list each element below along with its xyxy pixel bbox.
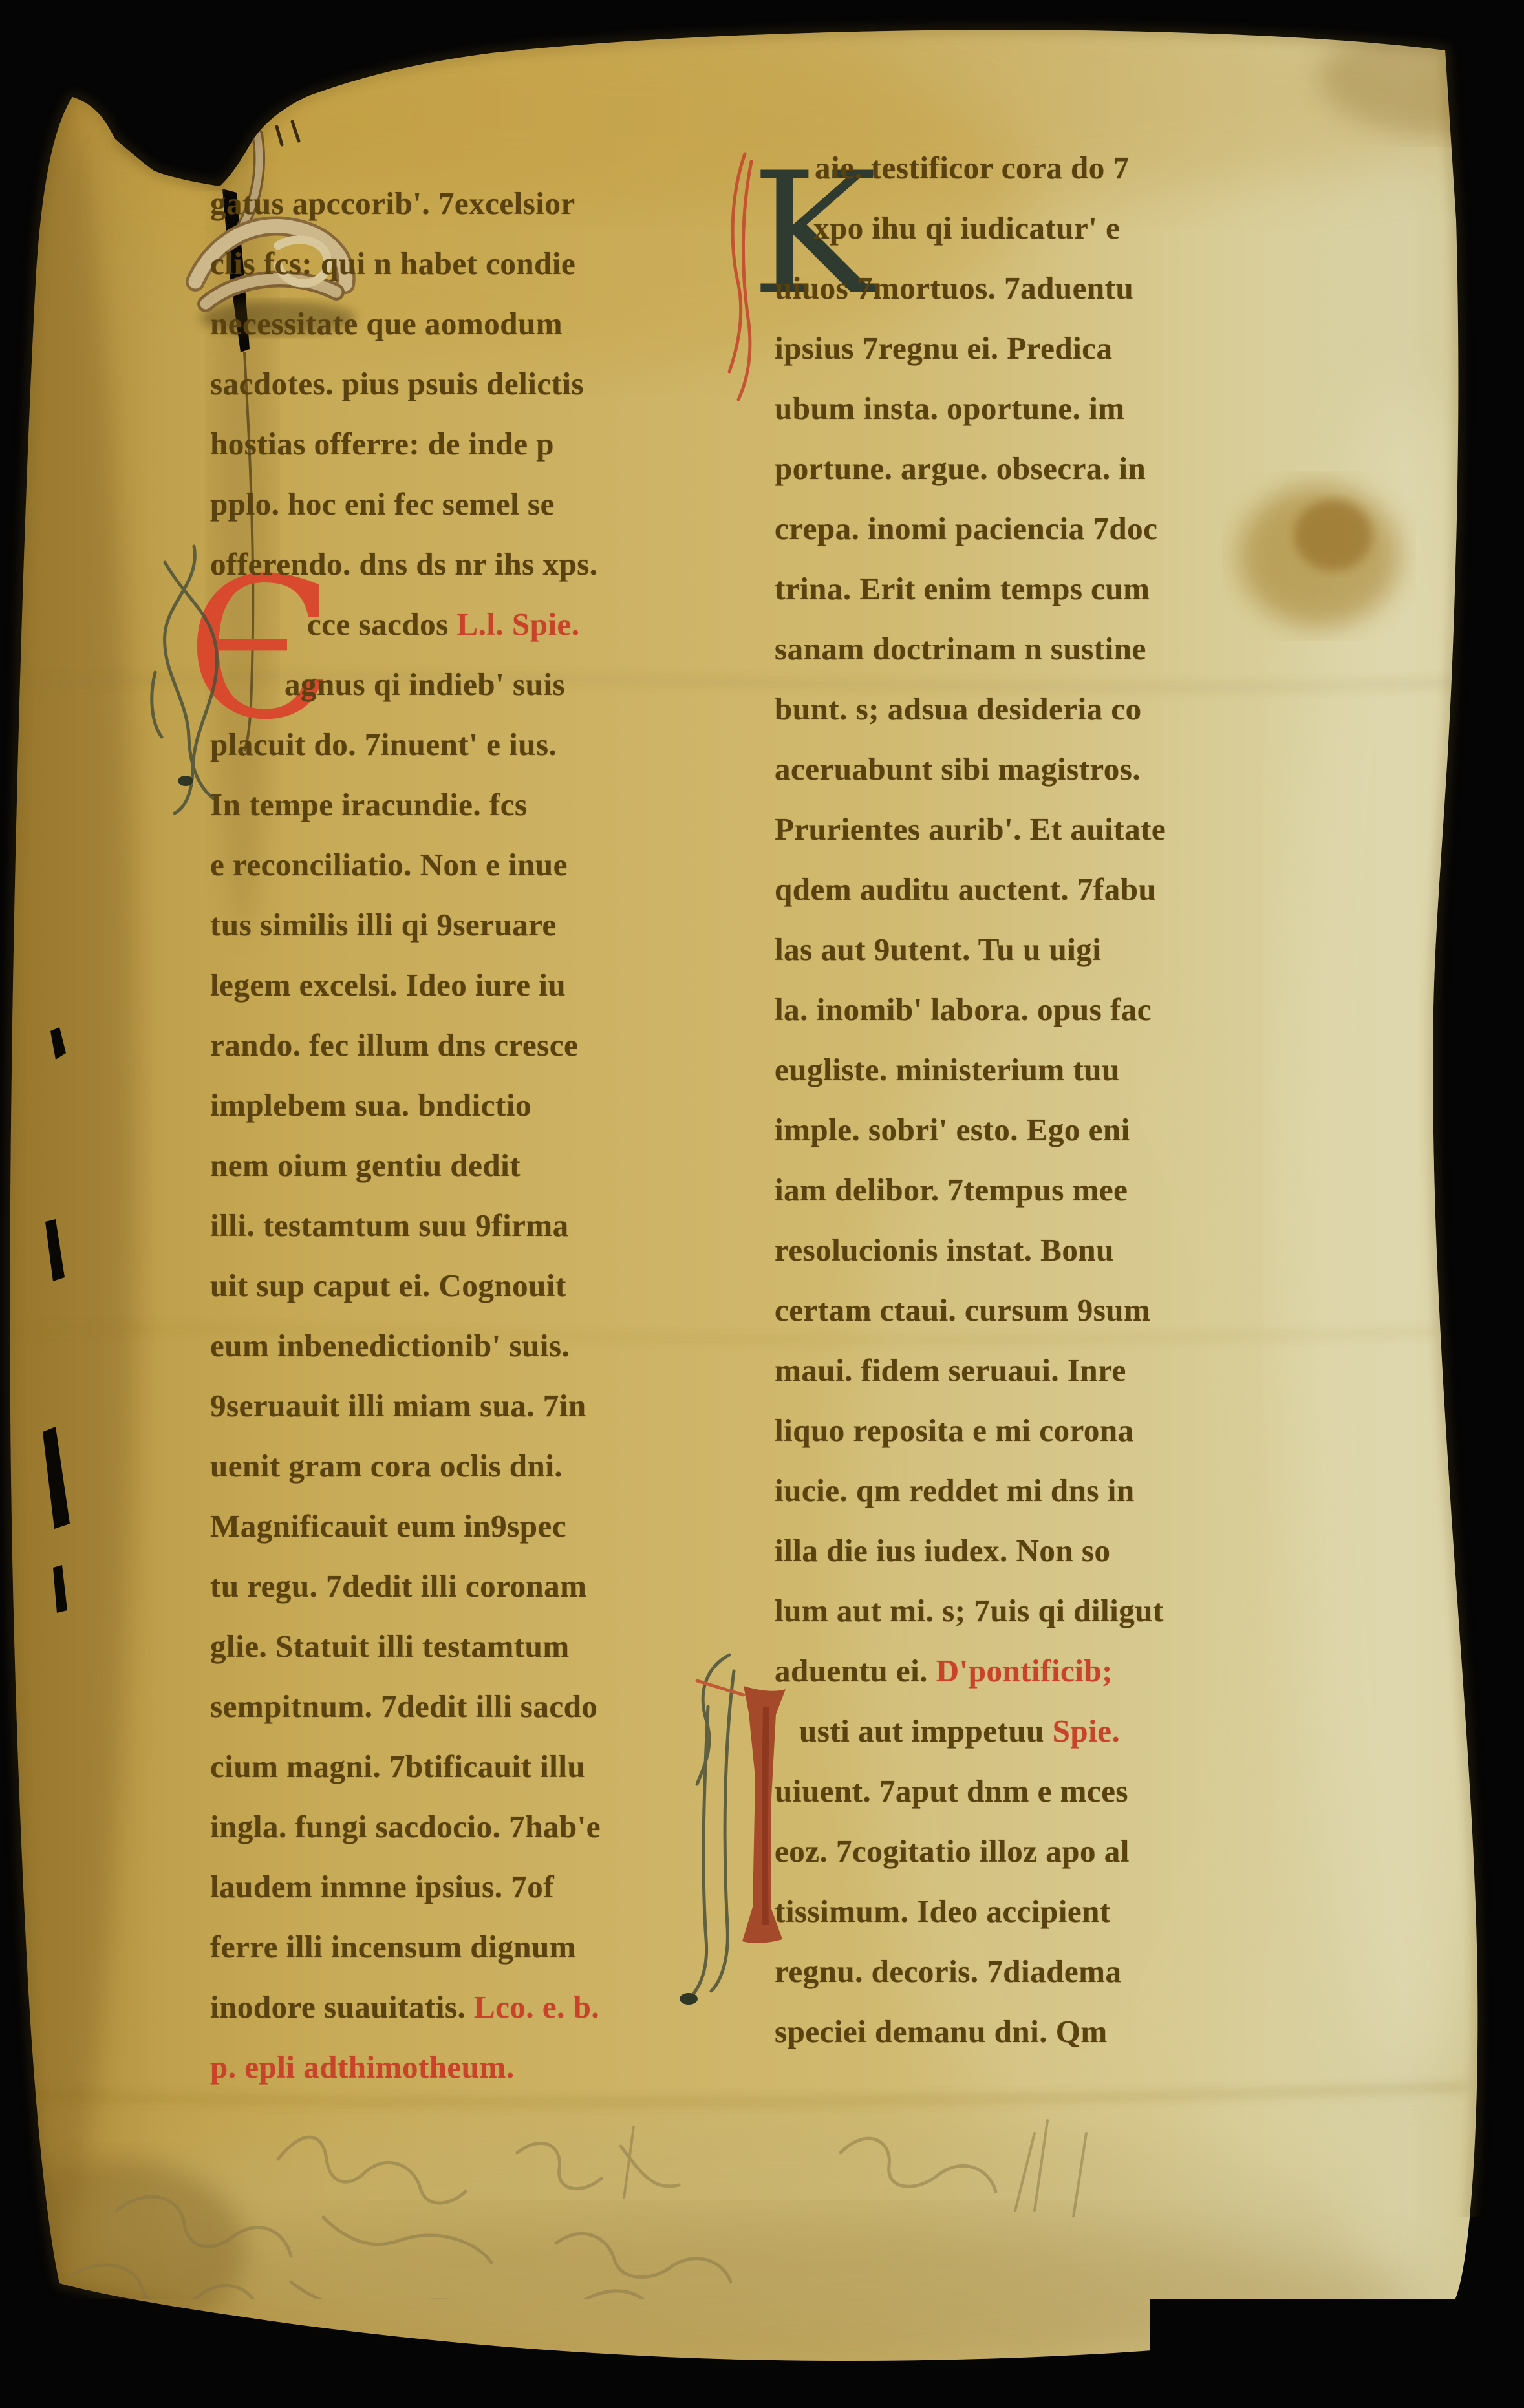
text-segment: liquo reposita e mi corona — [775, 1412, 1134, 1448]
text-line: uenit gram cora oclis dni. — [210, 1436, 563, 1496]
text-line: iucie. qm reddet mi dns in — [775, 1460, 1135, 1520]
text-segment: ipsius 7regnu ei. Predica — [775, 330, 1113, 366]
text-line: clis fcs: qui n habet condie — [210, 233, 575, 293]
text-line: nem oium gentiu dedit — [210, 1135, 521, 1195]
text-line: eoz. 7cogitatio illoz apo al — [775, 1821, 1130, 1881]
photograph-of-manuscript-leaf: Є K — [0, 0, 1524, 2408]
text-segment: maui. fidem seruaui. Inre — [775, 1352, 1126, 1388]
text-segment: glie. Statuit illi testamtum — [210, 1628, 570, 1664]
text-segment: imple. sobri' esto. Ego eni — [775, 1112, 1130, 1147]
text-segment: sempitnum. 7dedit illi sacdo — [210, 1689, 597, 1724]
ink-blot — [178, 776, 193, 786]
text-segment: Prurientes aurib'. Et auitate — [775, 811, 1166, 847]
text-segment: inodore suauitatis. — [210, 1989, 474, 2025]
text-line: usti aut imppetuu Spie. — [799, 1701, 1120, 1761]
text-line: eum inbenedictionib' suis. — [210, 1316, 570, 1376]
text-line: tu regu. 7dedit illi coronam — [210, 1556, 587, 1616]
text-segment: illi. testamtum suu 9firma — [210, 1208, 569, 1243]
text-line: la. inomib' labora. opus fac — [775, 979, 1152, 1039]
text-segment: illa die ius iudex. Non so — [775, 1533, 1110, 1568]
text-line: uiuent. 7aput dnm e mces — [775, 1761, 1128, 1821]
text-line: aduentu ei. D'pontificib; — [775, 1641, 1113, 1701]
text-line: cce sacdos L.l. Spie. — [307, 594, 580, 654]
text-segment: eugliste. ministerium tuu — [775, 1052, 1120, 1087]
text-segment: uiuos 7mortuos. 7aduentu — [775, 270, 1133, 306]
text-line: tus similis illi qi 9seruare — [210, 895, 557, 955]
text-segment: cce sacdos — [307, 606, 456, 642]
text-line: bunt. s; adsua desideria co — [775, 679, 1142, 739]
text-line: sacdotes. pius psuis delictis — [210, 354, 584, 414]
text-line: speciei demanu dni. Qm — [775, 2001, 1108, 2062]
text-segment: ubum insta. oportune. im — [775, 390, 1125, 426]
text-line: sempitnum. 7dedit illi sacdo — [210, 1676, 597, 1736]
text-segment: portune. argue. obsecra. in — [775, 451, 1146, 486]
text-line: necessitate que aomodum — [210, 293, 563, 354]
text-line: ipsius 7regnu ei. Predica — [775, 318, 1113, 378]
text-segment: la. inomib' labora. opus fac — [775, 992, 1152, 1027]
text-segment: uit sup caput ei. Cognouit — [210, 1268, 566, 1303]
text-segment: pplo. hoc eni fec semel se — [210, 486, 555, 522]
text-line: imple. sobri' esto. Ego eni — [775, 1100, 1130, 1160]
text-segment: uenit gram cora oclis dni. — [210, 1448, 563, 1484]
text-segment: hostias offerre: de inde p — [210, 426, 554, 462]
text-segment: nem oium gentiu dedit — [210, 1147, 521, 1183]
text-line: Prurientes aurib'. Et auitate — [775, 799, 1166, 859]
text-line: sanam doctrinam n sustine — [775, 619, 1146, 679]
text-segment: gatus apccorib'. 7excelsior — [210, 186, 575, 221]
text-line: glie. Statuit illi testamtum — [210, 1616, 570, 1676]
text-line: regnu. decoris. 7diadema — [775, 1941, 1121, 2001]
text-line: placuit do. 7inuent' e ius. — [210, 714, 557, 774]
text-line: aceruabunt sibi magistros. — [775, 739, 1141, 799]
text-segment: speciei demanu dni. Qm — [775, 2014, 1108, 2049]
text-segment: sacdotes. pius psuis delictis — [210, 366, 584, 401]
text-segment: eum inbenedictionib' suis. — [210, 1328, 570, 1363]
text-segment: In tempe iracundie. fcs — [210, 787, 528, 822]
text-line: las aut 9utent. Tu u uigi — [775, 919, 1101, 979]
text-segment: crepa. inomi paciencia 7doc — [775, 511, 1157, 546]
text-line: trina. Erit enim temps cum — [775, 559, 1150, 619]
text-segment: qdem auditu auctent. 7fabu — [775, 871, 1156, 907]
text-segment: cium magni. 7btificauit illu — [210, 1749, 585, 1784]
text-line: pplo. hoc eni fec semel se — [210, 474, 555, 534]
text-segment: las aut 9utent. Tu u uigi — [775, 932, 1101, 967]
text-segment: iam delibor. 7tempus mee — [775, 1172, 1128, 1208]
text-line: offerendo. dns ds nr ihs xps. — [210, 534, 598, 594]
text-segment: tus similis illi qi 9seruare — [210, 907, 557, 943]
left-text-column: gatus apccorib'. 7excelsiorclis fcs: qui… — [210, 173, 740, 2145]
text-segment: tu regu. 7dedit illi coronam — [210, 1568, 587, 1604]
text-segment: xpo ihu qi iudicatur' e — [813, 210, 1120, 246]
text-line: illa die ius iudex. Non so — [775, 1520, 1110, 1581]
text-segment: necessitate que aomodum — [210, 306, 563, 341]
text-line: aie. testificor cora do 7 — [815, 138, 1129, 198]
text-segment: e reconciliatio. Non e inue — [210, 847, 568, 882]
text-line: implebem sua. bndictio — [210, 1075, 531, 1135]
text-segment: bunt. s; adsua desideria co — [775, 691, 1142, 727]
text-line: laudem inmne ipsius. 7of — [210, 1857, 554, 1917]
text-segment: aie. testificor cora do 7 — [815, 150, 1129, 186]
text-segment: implebem sua. bndictio — [210, 1087, 531, 1123]
text-line: iam delibor. 7tempus mee — [775, 1160, 1128, 1220]
text-segment: sanam doctrinam n sustine — [775, 631, 1146, 666]
text-line: In tempe iracundie. fcs — [210, 774, 528, 835]
text-segment: Magnificauit eum in9spec — [210, 1508, 566, 1544]
text-line: illi. testamtum suu 9firma — [210, 1195, 569, 1255]
text-segment: aduentu ei. — [775, 1653, 936, 1689]
text-segment: certam ctaui. cursum 9sum — [775, 1292, 1150, 1328]
text-segment: aceruabunt sibi magistros. — [775, 751, 1141, 787]
text-line: rando. fec illum dns cresce — [210, 1015, 578, 1075]
text-segment: 9seruauit illi miam sua. 7in — [210, 1388, 586, 1423]
text-line: hostias offerre: de inde p — [210, 414, 554, 474]
text-line: ferre illi incensum dignum — [210, 1917, 576, 1977]
text-segment: clis fcs: qui n habet condie — [210, 246, 575, 281]
text-line: agnus qi indieb' suis — [284, 654, 565, 714]
text-segment: eoz. 7cogitatio illoz apo al — [775, 1833, 1130, 1869]
text-segment: laudem inmne ipsius. 7of — [210, 1869, 554, 1904]
text-segment: ferre illi incensum dignum — [210, 1929, 576, 1965]
text-segment: placuit do. 7inuent' e ius. — [210, 727, 557, 762]
text-line: eugliste. ministerium tuu — [775, 1039, 1120, 1100]
text-line: xpo ihu qi iudicatur' e — [813, 198, 1120, 258]
text-segment: usti aut imppetuu — [799, 1713, 1053, 1749]
text-line: gatus apccorib'. 7excelsior — [210, 173, 575, 233]
text-segment: ingla. fungi sacdocio. 7hab'e — [210, 1809, 601, 1844]
text-segment: offerendo. dns ds nr ihs xps. — [210, 546, 598, 582]
text-line: certam ctaui. cursum 9sum — [775, 1280, 1150, 1340]
text-line: uiuos 7mortuos. 7aduentu — [775, 258, 1133, 318]
text-segment: resolucionis instat. Bonu — [775, 1232, 1114, 1268]
text-line: uit sup caput ei. Cognouit — [210, 1255, 566, 1316]
text-line: qdem auditu auctent. 7fabu — [775, 859, 1156, 919]
text-line: ingla. fungi sacdocio. 7hab'e — [210, 1796, 601, 1857]
text-line: legem excelsi. Ideo iure iu — [210, 955, 566, 1015]
text-line: maui. fidem seruaui. Inre — [775, 1340, 1126, 1400]
right-text-column: aie. testificor cora do 7xpo ihu qi iudi… — [775, 138, 1408, 2109]
rubric-segment: Spie. — [1053, 1713, 1121, 1749]
text-segment: regnu. decoris. 7diadema — [775, 1954, 1121, 1989]
text-line: 9seruauit illi miam sua. 7in — [210, 1376, 586, 1436]
text-segment: iucie. qm reddet mi dns in — [775, 1473, 1135, 1508]
rubric-segment: p. epli adthimotheum. — [210, 2049, 515, 2085]
text-line: cium magni. 7btificauit illu — [210, 1736, 585, 1796]
text-line: Magnificauit eum in9spec — [210, 1496, 566, 1556]
text-line: e reconciliatio. Non e inue — [210, 835, 568, 895]
text-line: resolucionis instat. Bonu — [775, 1220, 1114, 1280]
text-segment: trina. Erit enim temps cum — [775, 571, 1150, 606]
text-line: portune. argue. obsecra. in — [775, 438, 1146, 498]
text-line: crepa. inomi paciencia 7doc — [775, 498, 1157, 559]
rubric-segment: L.l. Spie. — [456, 606, 579, 642]
text-line: ubum insta. oportune. im — [775, 378, 1125, 438]
text-segment: legem excelsi. Ideo iure iu — [210, 967, 566, 1003]
text-line: lum aut mi. s; 7uis qi diligut — [775, 1581, 1164, 1641]
text-line: p. epli adthimotheum. — [210, 2037, 515, 2097]
text-segment: tissimum. Ideo accipient — [775, 1893, 1111, 1929]
text-segment: rando. fec illum dns cresce — [210, 1027, 578, 1063]
text-line: liquo reposita e mi corona — [775, 1400, 1134, 1460]
text-line: tissimum. Ideo accipient — [775, 1881, 1111, 1941]
text-segment: agnus qi indieb' suis — [284, 666, 565, 702]
text-segment: uiuent. 7aput dnm e mces — [775, 1773, 1128, 1809]
rubric-segment: D'pontificib; — [936, 1653, 1113, 1689]
text-segment: lum aut mi. s; 7uis qi diligut — [775, 1593, 1164, 1628]
text-line: inodore suauitatis. Lco. e. b. — [210, 1977, 599, 2037]
rubric-segment: Lco. e. b. — [474, 1989, 599, 2025]
